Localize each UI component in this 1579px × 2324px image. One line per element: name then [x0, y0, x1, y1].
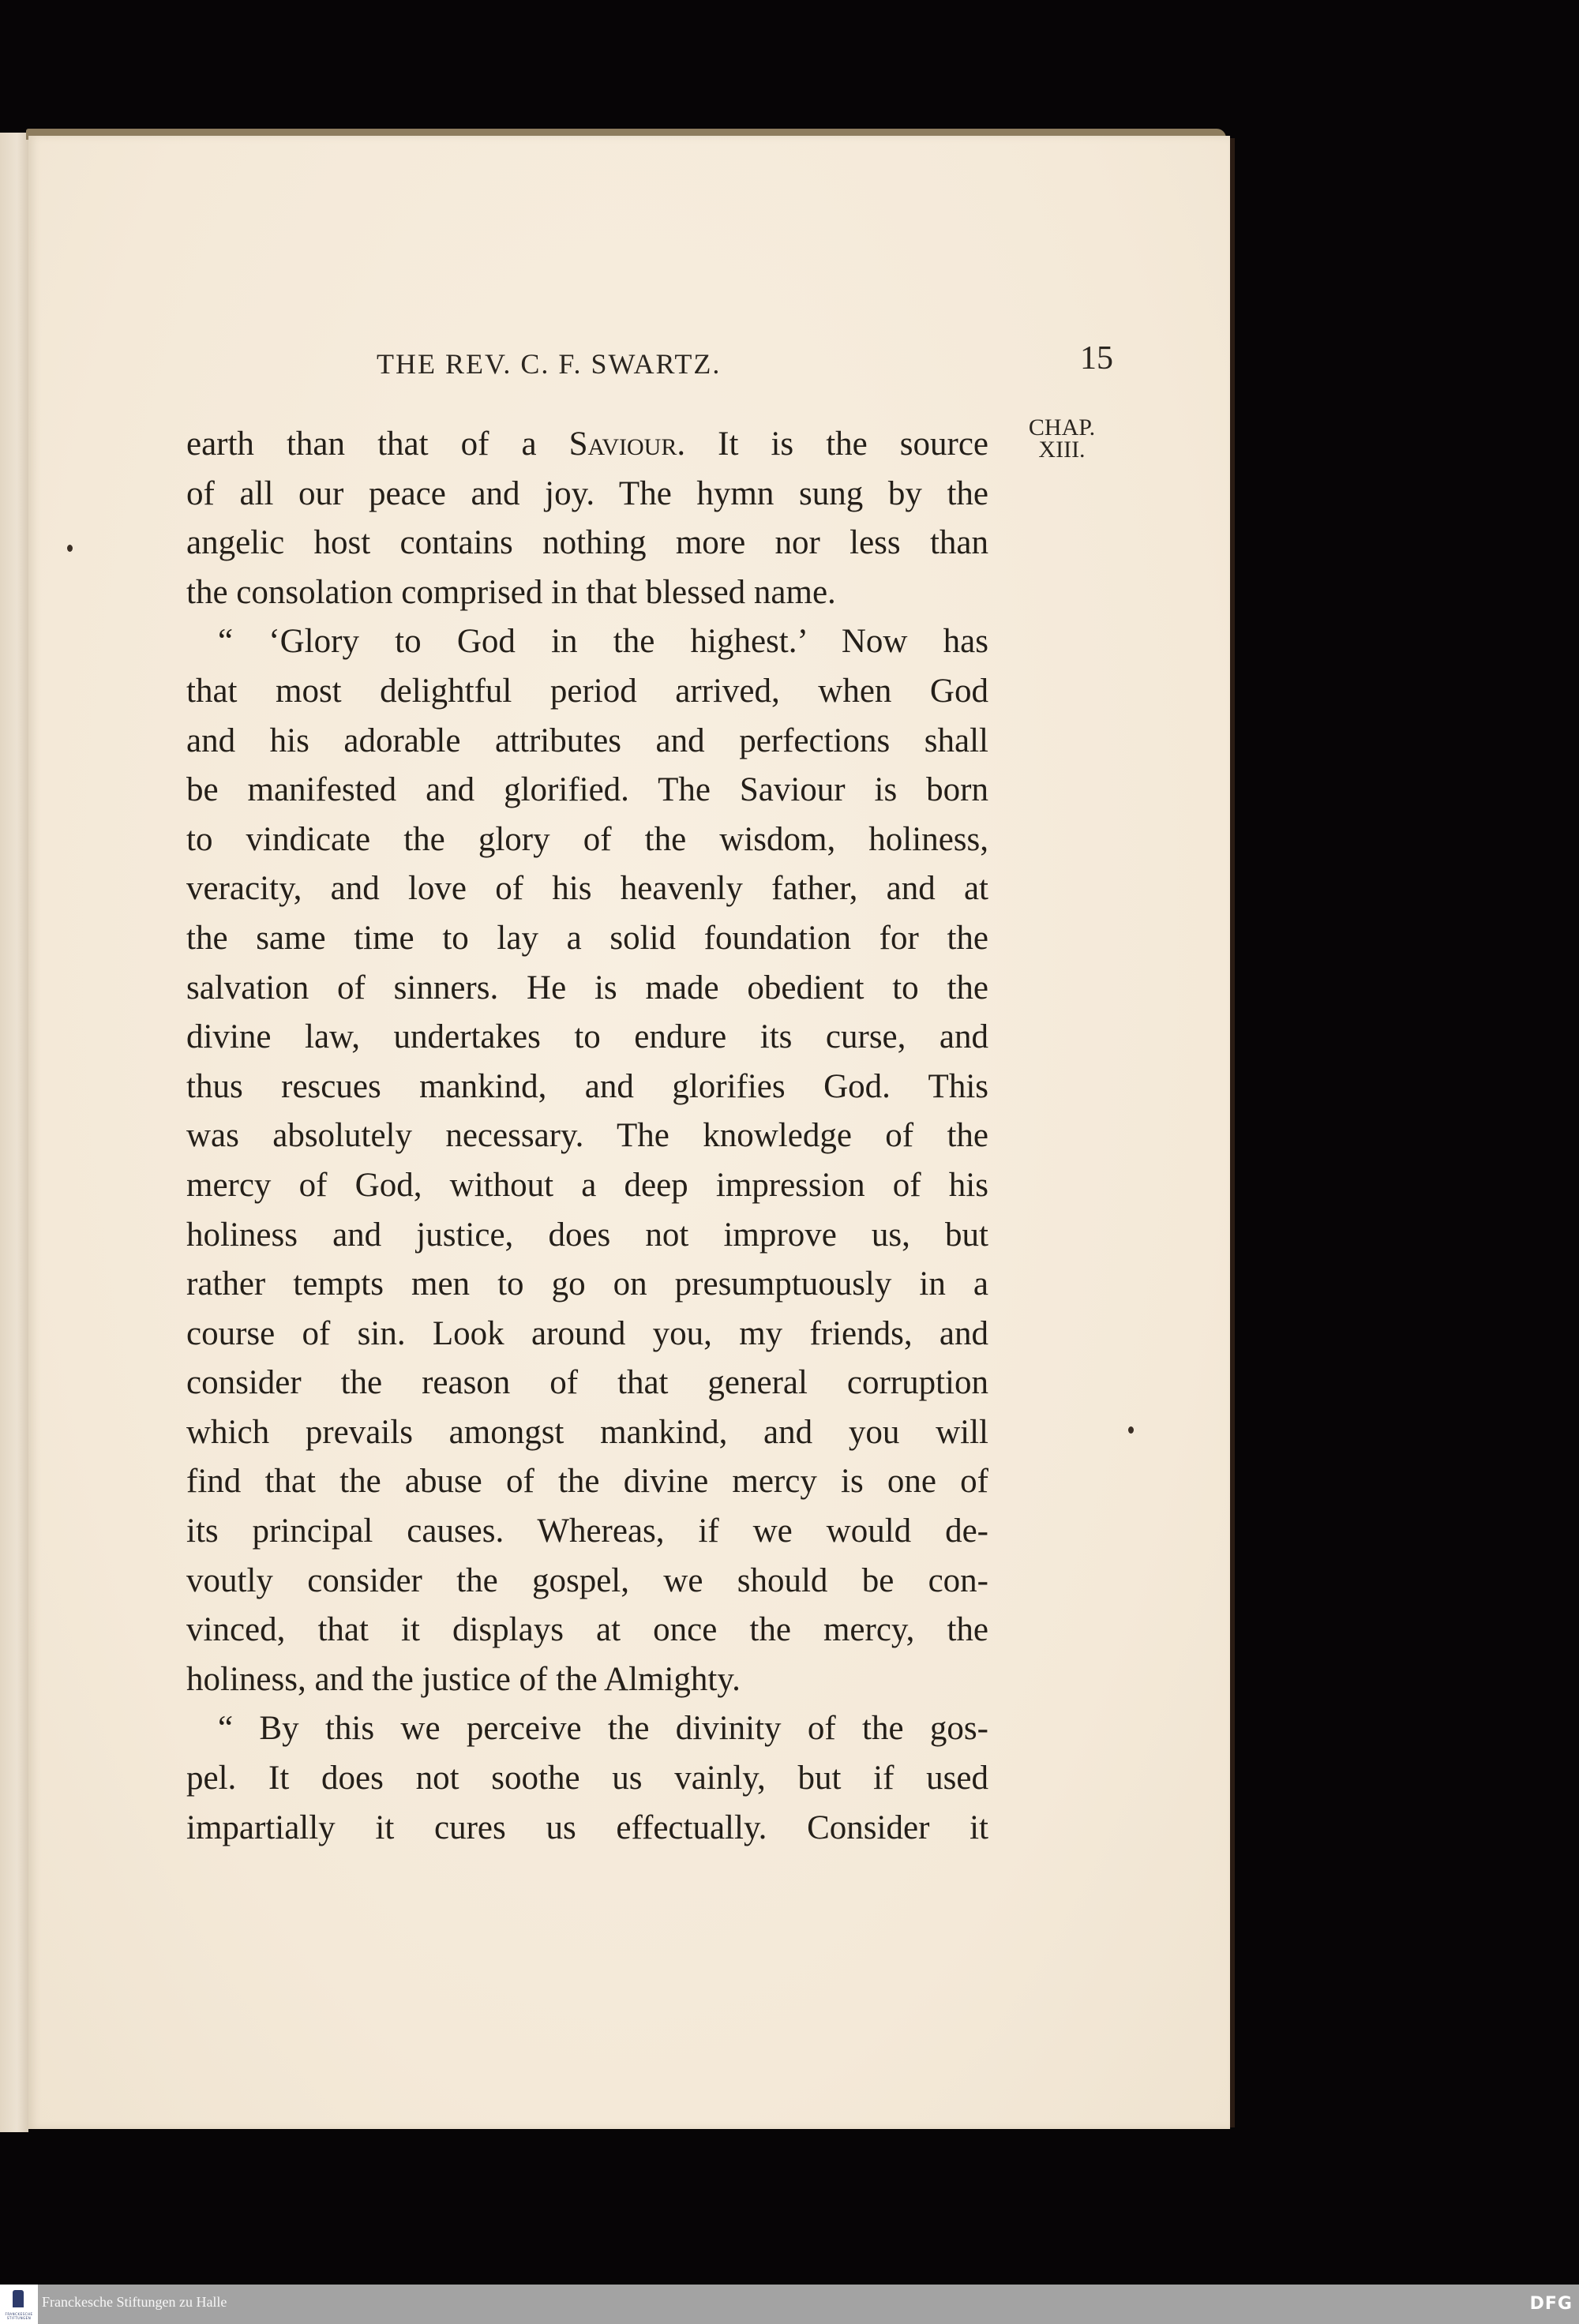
text-line: course of sin. Look around you, my frien… — [186, 1310, 988, 1359]
text-run: of all our peace and joy. The hymn sung … — [186, 475, 988, 512]
text-line: “ ‘Glory to God in the highest.’ Now has — [186, 617, 988, 667]
text-run: pel. It does not soothe us vainly, but i… — [186, 1760, 988, 1797]
text-run: angelic host contains nothing more nor l… — [186, 524, 988, 561]
text-line: of all our peace and joy. The hymn sung … — [186, 470, 988, 519]
text-line: to vindicate the glory of the wisdom, ho… — [186, 815, 988, 865]
page-number: 15 — [1080, 339, 1113, 377]
text-run: . It is the source — [677, 425, 988, 463]
text-run: veracity, and love of his heavenly fathe… — [186, 870, 988, 907]
text-line: holiness, and the justice of the Almight… — [186, 1655, 988, 1705]
text-line: and his adorable attributes and perfecti… — [186, 717, 988, 767]
franckesche-logo: FRANCKESCHE STIFTUNGEN — [0, 2285, 38, 2324]
text-run: consider the reason of that general corr… — [186, 1364, 988, 1401]
margin-note-chap: CHAP. — [1011, 417, 1113, 439]
text-line: pel. It does not soothe us vainly, but i… — [186, 1754, 988, 1804]
text-run: holiness, and the justice of the Almight… — [186, 1661, 741, 1698]
text-line: salvation of sinners. He is made obedien… — [186, 964, 988, 1014]
text-run: and his adorable attributes and perfecti… — [186, 722, 988, 759]
text-line: mercy of God, without a deep impression … — [186, 1161, 988, 1211]
text-run: to vindicate the glory of the wisdom, ho… — [186, 821, 988, 858]
text-line: consider the reason of that general corr… — [186, 1359, 988, 1408]
text-line: earth than that of a Saviour. It is the … — [186, 420, 988, 470]
text-run: be manifested and glorified. The Saviour… — [186, 771, 988, 808]
text-line: its principal causes. Whereas, if we wou… — [186, 1507, 988, 1557]
footer-bar: FRANCKESCHE STIFTUNGEN Franckesche Stift… — [0, 2285, 1579, 2324]
text-run: “ ‘Glory to God in the highest.’ Now has — [218, 623, 988, 660]
text-line: the same time to lay a solid foundation … — [186, 914, 988, 964]
text-run: that most delightful period arrived, whe… — [186, 673, 988, 710]
text-line: impartially it cures us effectually. Con… — [186, 1804, 988, 1854]
dfg-logo: DFG — [1530, 2294, 1573, 2314]
text-line: be manifested and glorified. The Saviour… — [186, 766, 988, 815]
text-line: vinced, that it displays at once the mer… — [186, 1606, 988, 1655]
text-run: mercy of God, without a deep impression … — [186, 1167, 988, 1204]
text-run: find that the abuse of the divine mercy … — [186, 1463, 988, 1500]
text-run: its principal causes. Whereas, if we wou… — [186, 1512, 988, 1550]
paper-speck — [1128, 1426, 1134, 1434]
text-run: vinced, that it displays at once the mer… — [186, 1611, 988, 1648]
paper-speck — [67, 545, 73, 552]
text-run: voutly consider the gospel, we should be… — [186, 1562, 988, 1599]
page-right-edge — [1230, 138, 1235, 2127]
text-line: veracity, and love of his heavenly fathe… — [186, 864, 988, 914]
text-run: the same time to lay a solid foundation … — [186, 920, 988, 957]
text-line: find that the abuse of the divine mercy … — [186, 1457, 988, 1507]
institution-name: Franckesche Stiftungen zu Halle — [42, 2294, 227, 2311]
text-line: rather tempts men to go on presumptuousl… — [186, 1260, 988, 1310]
text-line: thus rescues mankind, and glorifies God.… — [186, 1063, 988, 1112]
text-run: holiness and justice, does not improve u… — [186, 1216, 988, 1254]
text-run: course of sin. Look around you, my frien… — [186, 1315, 988, 1352]
logo-text-line2: STIFTUNGEN — [0, 2316, 38, 2320]
text-line: the consolation comprised in that blesse… — [186, 568, 988, 618]
running-head: THE REV. C. F. SWARTZ. — [377, 347, 721, 380]
text-line: voutly consider the gospel, we should be… — [186, 1557, 988, 1606]
text-run: “ By this we perceive the divinity of th… — [218, 1710, 988, 1747]
facing-page-edge — [0, 133, 28, 2132]
text-line: that most delightful period arrived, whe… — [186, 667, 988, 717]
text-run: earth than that of a — [186, 425, 569, 463]
chapter-margin-note: CHAP. XIII. — [1011, 417, 1113, 461]
text-line: angelic host contains nothing more nor l… — [186, 519, 988, 568]
margin-note-number: XIII. — [1011, 439, 1113, 461]
logo-figure-icon — [13, 2290, 24, 2307]
small-caps-word: Saviour — [569, 425, 677, 463]
text-run: impartially it cures us effectually. Con… — [186, 1809, 988, 1846]
text-line: which prevails amongst mankind, and you … — [186, 1408, 988, 1458]
text-run: the consolation comprised in that blesse… — [186, 574, 836, 611]
text-run: which prevails amongst mankind, and you … — [186, 1414, 988, 1451]
body-text: earth than that of a Saviour. It is the … — [186, 420, 988, 1853]
text-run: rather tempts men to go on presumptuousl… — [186, 1265, 988, 1303]
text-run: thus rescues mankind, and glorifies God.… — [186, 1068, 988, 1105]
text-line: “ By this we perceive the divinity of th… — [186, 1704, 988, 1754]
text-line: holiness and justice, does not improve u… — [186, 1211, 988, 1261]
text-line: was absolutely necessary. The knowledge … — [186, 1111, 988, 1161]
text-run: was absolutely necessary. The knowledge … — [186, 1117, 988, 1154]
text-line: divine law, undertakes to endure its cur… — [186, 1013, 988, 1063]
text-run: salvation of sinners. He is made obedien… — [186, 969, 988, 1006]
text-run: divine law, undertakes to endure its cur… — [186, 1018, 988, 1055]
